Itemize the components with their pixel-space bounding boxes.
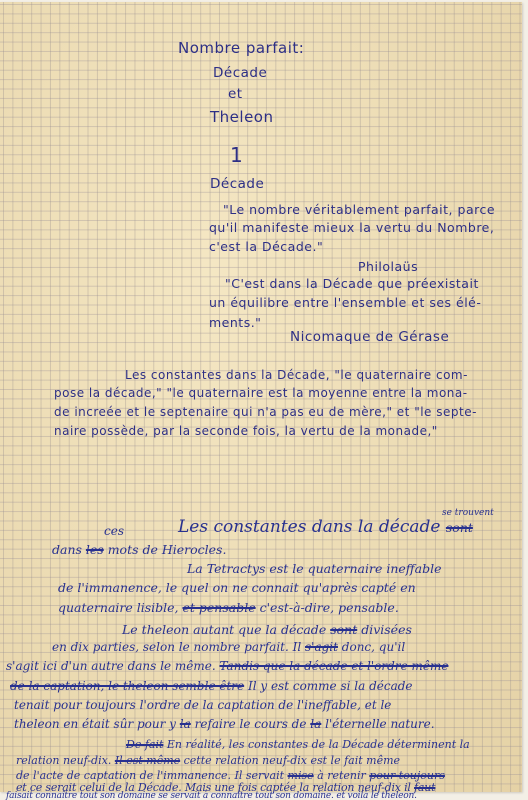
title-line-3: et (228, 86, 243, 102)
draft-text: dans (52, 542, 82, 557)
draft-text: l'éternelle nature. (325, 717, 434, 731)
draft-text: divisées (361, 622, 412, 637)
struck-text: sont (446, 520, 473, 535)
title-line-1: Nombre parfait: (178, 39, 304, 57)
section-number: 1 (230, 143, 243, 167)
paragraph-line: de increée et le septenaire qui n'a pas … (54, 405, 477, 419)
struck-text: et pensable (183, 600, 256, 615)
struck-text: faut (414, 781, 435, 794)
struck-text: Tandis que la décade et l'ordre même (219, 659, 448, 673)
draft-text: s'agit ici d'un autre dans le même. (6, 659, 216, 673)
draft-line-2: dans les mots de Hierocles. (52, 542, 226, 557)
draft-line-16: faisait connaître tout son domaine se se… (6, 791, 417, 800)
draft-line-4: de l'immanence, le quel on ne connait qu… (58, 580, 416, 595)
draft-text: cette relation neuf-dix est le fait même (184, 754, 400, 767)
draft-line-12: De fait En réalité, les constantes de la… (126, 738, 470, 751)
quote2-author: Nicomaque de Gérase (290, 329, 449, 345)
quote1-line: c'est la Décade." (209, 239, 323, 254)
struck-text: les (86, 542, 104, 557)
struck-text: s'agit (305, 640, 338, 654)
struck-text: la (310, 717, 321, 731)
quote1-author: Philolaüs (358, 259, 418, 274)
draft-text: c'est-à-dire, pensable. (260, 600, 399, 615)
draft-line-7: en dix parties, selon le nombre parfait.… (52, 640, 405, 654)
draft-text: Le theleon autant que la décade (122, 622, 326, 637)
struck-text: De fait (126, 738, 163, 751)
draft-text: Les constantes dans la décade (178, 517, 440, 537)
draft-text: en dix parties, selon le nombre parfait.… (52, 640, 301, 654)
struck-text: sont (330, 622, 357, 637)
draft-line-5: quaternaire lisible, et pensable c'est-à… (58, 600, 399, 615)
draft-text: mots de Hierocles. (108, 542, 227, 557)
draft-text: donc, qu'il (342, 640, 405, 654)
draft-text: Il y est comme si la décade (248, 679, 413, 693)
draft-text: theleon en était sûr pour y (14, 717, 176, 731)
title-line-4: Theleon (210, 108, 273, 126)
draft-line-1: Les constantes dans la décade sont (178, 517, 473, 537)
paragraph-line: Les constantes dans la Décade, "le quate… (125, 368, 468, 382)
draft-line-3: La Tetractys est le quaternaire ineffabl… (187, 561, 442, 576)
draft-text: En réalité, les constantes de la Décade … (167, 738, 470, 751)
draft-line-9: de la captation, le theleon semble être … (10, 679, 413, 693)
quote1-line: "Le nombre véritablement parfait, parce (223, 202, 495, 217)
draft-line-8: s'agit ici d'un autre dans le même. Tand… (6, 659, 448, 673)
section-heading: Décade (210, 176, 264, 192)
draft-line-13: relation neuf-dix. Il est même cette rel… (16, 754, 400, 767)
struck-text: la (180, 717, 191, 731)
draft-line-6: Le theleon autant que la décade sont div… (122, 622, 412, 637)
title-line-2: Décade (213, 65, 267, 81)
draft-line-10: tenait pour toujours l'ordre de la capta… (14, 698, 391, 712)
draft-text: refaire le cours de (195, 717, 307, 731)
quote2-line: ments." (209, 315, 261, 330)
draft-line-11: theleon en était sûr pour y la refaire l… (14, 717, 435, 731)
quote2-line: "C'est dans la Décade que préexistait (225, 276, 479, 291)
draft-text: quaternaire lisible, (58, 600, 179, 615)
paragraph-line: pose la décade," "le quaternaire est la … (54, 386, 468, 400)
draft-text: relation neuf-dix. (16, 754, 111, 767)
insertion-note: ces (104, 524, 124, 538)
paragraph-line: naire possède, par la seconde fois, la v… (54, 424, 438, 438)
quote2-line: un équilibre entre l'ensemble et ses élé… (209, 295, 481, 310)
struck-text: Il est même (115, 754, 180, 767)
graph-paper-sheet: Nombre parfait: Décade et Theleon 1 Déca… (0, 2, 522, 792)
quote1-line: qu'il manifeste mieux la vertu du Nombre… (209, 220, 494, 235)
struck-text: de la captation, le theleon semble être (10, 679, 244, 693)
